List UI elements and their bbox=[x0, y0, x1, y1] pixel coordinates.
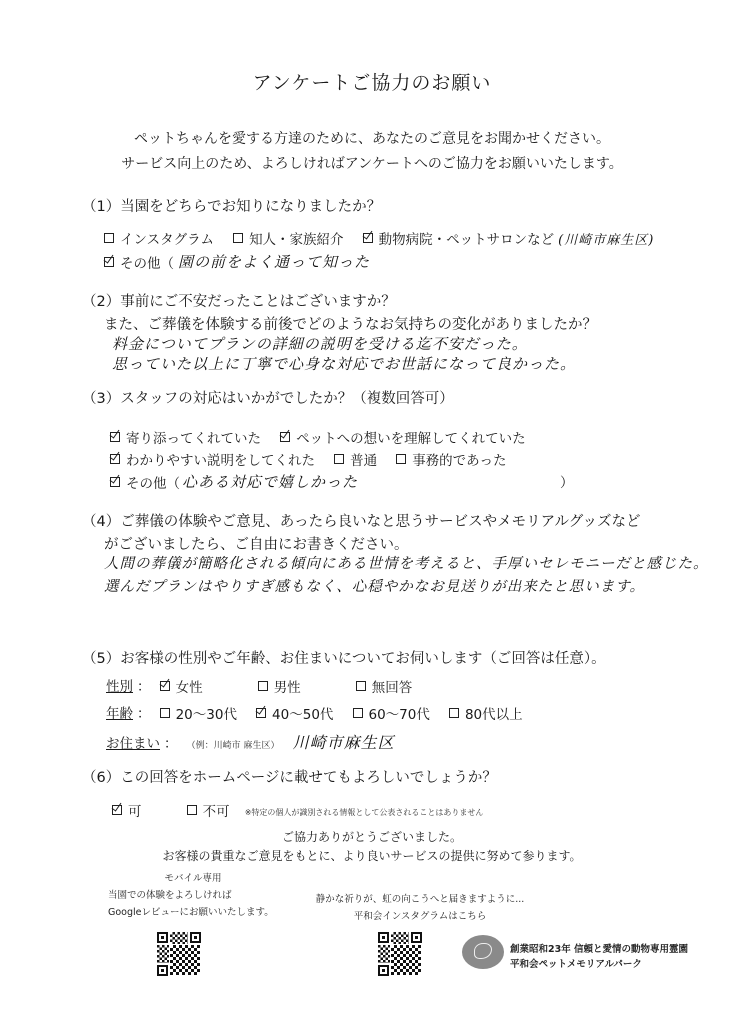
q4-answer-line-1: 人間の葬儀が簡略化される傾向にある世情を考えると、手厚いセレモニーだと感じた。 bbox=[104, 552, 709, 573]
checkbox-icon[interactable] bbox=[334, 454, 344, 464]
q6-options-row: 可 不可 ※特定の個人が識別される情報として公表されることはありません bbox=[112, 800, 483, 820]
q4-question: （4）ご葬儀の体験やご意見、あったら良いなと思うサービスやメモリアルグッズなど bbox=[82, 510, 640, 531]
gender-female[interactable]: 女性 bbox=[160, 676, 203, 696]
instagram-qr-code[interactable] bbox=[378, 932, 422, 976]
company-tagline: 創業昭和23年 信頼と愛情の動物専用霊園 bbox=[510, 941, 688, 955]
age-80-plus[interactable]: 80代以上 bbox=[449, 703, 523, 723]
gender-no-answer[interactable]: 無回答 bbox=[356, 676, 413, 696]
q3-option-close[interactable]: 寄り添ってくれていた bbox=[110, 427, 261, 447]
q3-option-business[interactable]: 事務的であった bbox=[396, 449, 506, 469]
q3-option-other[interactable]: その他（心ある対応で嬉しかった bbox=[110, 471, 358, 492]
thanks-line-1: ご協力ありがとうございました。 bbox=[0, 828, 744, 845]
q3-options-row3: その他（心ある対応で嬉しかった ） bbox=[110, 471, 580, 492]
age-40-50[interactable]: 40〜50代 bbox=[256, 703, 333, 723]
q6-option-ng[interactable]: 不可 bbox=[187, 800, 230, 820]
checked-checkbox-icon[interactable] bbox=[363, 233, 373, 243]
checkbox-icon[interactable] bbox=[258, 681, 268, 691]
q6-option-ok[interactable]: 可 bbox=[112, 800, 142, 820]
footer-prayer: 静かな祈りが、虹の向こうへと届きますように... bbox=[300, 891, 540, 905]
q1-option-friend[interactable]: 知人・家族紹介 bbox=[233, 228, 344, 248]
checkbox-icon[interactable] bbox=[160, 708, 170, 718]
q3-option-understand[interactable]: ペットへの想いを理解してくれていた bbox=[280, 427, 526, 447]
q2-question-2: また、ご葬儀を体験する前後でどのようなお気持ちの変化がありましたか？ bbox=[104, 313, 597, 334]
gender-label: 性別 bbox=[106, 675, 133, 695]
q3-option-clear[interactable]: わかりやすい説明をしてくれた bbox=[110, 449, 315, 469]
footer-mobile-only: モバイル専用 bbox=[108, 870, 278, 884]
q5-question: （5）お客様の性別やご年齢、お住まいについてお伺いします（ご回答は任意）。 bbox=[82, 647, 606, 668]
q1-question: （1）当園をどちらでお知りになりましたか？ bbox=[82, 195, 381, 216]
q1-option-vet[interactable]: 動物病院・ペットサロンなど(川崎市麻生区) bbox=[363, 228, 655, 248]
checkbox-icon[interactable] bbox=[353, 708, 363, 718]
checked-checkbox-icon[interactable] bbox=[110, 432, 120, 442]
age-label: 年齢 bbox=[106, 702, 133, 722]
footer-review-line-2: Googleレビューにお願いいたします。 bbox=[108, 904, 274, 918]
google-review-qr-code[interactable] bbox=[157, 932, 201, 976]
q2-question: （2）事前にご不安だったことはございますか？ bbox=[82, 290, 396, 311]
company-name: 平和会ペットメモリアルパーク bbox=[510, 956, 642, 970]
q1-options-row1: インスタグラム 知人・家族紹介 動物病院・ペットサロンなど(川崎市麻生区) bbox=[104, 228, 654, 248]
q4-question-2: がございましたら、ご自由にお書きください。 bbox=[104, 533, 409, 554]
q3-option-normal[interactable]: 普通 bbox=[334, 449, 377, 469]
address-value[interactable]: 川崎市麻生区 bbox=[293, 733, 395, 752]
q6-question: （6）この回答をホームページに載せてもよろしいでしょうか？ bbox=[82, 766, 497, 787]
company-logo-icon bbox=[462, 935, 504, 969]
footer-instagram: 平和会インスタグラムはこちら bbox=[300, 908, 540, 922]
age-60-70[interactable]: 60〜70代 bbox=[353, 703, 430, 723]
q1-options-row2: その他（園の前をよく通って知った bbox=[104, 251, 370, 272]
checkbox-icon[interactable] bbox=[356, 681, 366, 691]
address-label: お住まい bbox=[106, 732, 160, 752]
footer-review-line-1: 当園での体験をよろしければ bbox=[108, 887, 232, 901]
address-example: （例：川崎市 麻生区） bbox=[187, 741, 280, 751]
q5-age-row: 年齢： 20〜30代 40〜50代 60〜70代 80代以上 bbox=[106, 702, 523, 723]
q2-answer-line-1: 料金についてプランの詳細の説明を受ける迄不安だった。 bbox=[112, 333, 528, 354]
checkbox-icon[interactable] bbox=[233, 233, 243, 243]
checkbox-icon[interactable] bbox=[187, 805, 197, 815]
q3-other-answer: 心ある対応で嬉しかった bbox=[182, 471, 358, 492]
q3-question: （3）スタッフの対応はいかがでしたか？（複数回答可） bbox=[82, 387, 454, 408]
intro-line-2: サービス向上のため、よろしければアンケートへのご協力をお願いいたします。 bbox=[0, 153, 744, 173]
checkbox-icon[interactable] bbox=[396, 454, 406, 464]
checked-checkbox-icon[interactable] bbox=[256, 708, 266, 718]
q1-option-instagram[interactable]: インスタグラム bbox=[104, 228, 214, 248]
checked-checkbox-icon[interactable] bbox=[112, 805, 122, 815]
gender-male[interactable]: 男性 bbox=[258, 676, 301, 696]
q3-options-row2: わかりやすい説明をしてくれた 普通 事務的であった bbox=[110, 449, 507, 469]
q5-address-row: お住まい： （例：川崎市 麻生区） 川崎市麻生区 bbox=[106, 730, 395, 753]
q3-other-close: ） bbox=[560, 471, 574, 491]
checked-checkbox-icon[interactable] bbox=[110, 477, 120, 487]
checked-checkbox-icon[interactable] bbox=[110, 454, 120, 464]
checkbox-icon[interactable] bbox=[104, 233, 114, 243]
q1-option-other[interactable]: その他（園の前をよく通って知った bbox=[104, 251, 370, 272]
thanks-line-2: お客様の貴重なご意見をもとに、より良いサービスの提供に努めて参ります。 bbox=[0, 847, 744, 864]
q3-options-row1: 寄り添ってくれていた ペットへの想いを理解してくれていた bbox=[110, 427, 526, 447]
q6-note: ※特定の個人が識別される情報として公表されることはありません bbox=[245, 808, 484, 817]
q5-gender-row: 性別： 女性 男性 無回答 bbox=[106, 675, 412, 696]
checkbox-icon[interactable] bbox=[449, 708, 459, 718]
checked-checkbox-icon[interactable] bbox=[280, 432, 290, 442]
q1-other-answer: 園の前をよく通って知った bbox=[178, 251, 370, 272]
page-title: アンケートご協力のお願い bbox=[0, 68, 744, 95]
age-20-30[interactable]: 20〜30代 bbox=[160, 703, 237, 723]
checked-checkbox-icon[interactable] bbox=[160, 681, 170, 691]
q4-answer-line-2: 選んだプランはやりすぎ感もなく、心穏やかなお見送りが出来たと思います。 bbox=[104, 575, 645, 596]
intro-line-1: ペットちゃんを愛する方達のために、あなたのご意見をお聞かせください。 bbox=[0, 128, 744, 148]
q1-vet-note: (川崎市麻生区) bbox=[558, 229, 654, 248]
checked-checkbox-icon[interactable] bbox=[104, 257, 114, 267]
q2-answer-line-2: 思っていた以上に丁寧で心身な対応でお世話になって良かった。 bbox=[112, 353, 576, 374]
